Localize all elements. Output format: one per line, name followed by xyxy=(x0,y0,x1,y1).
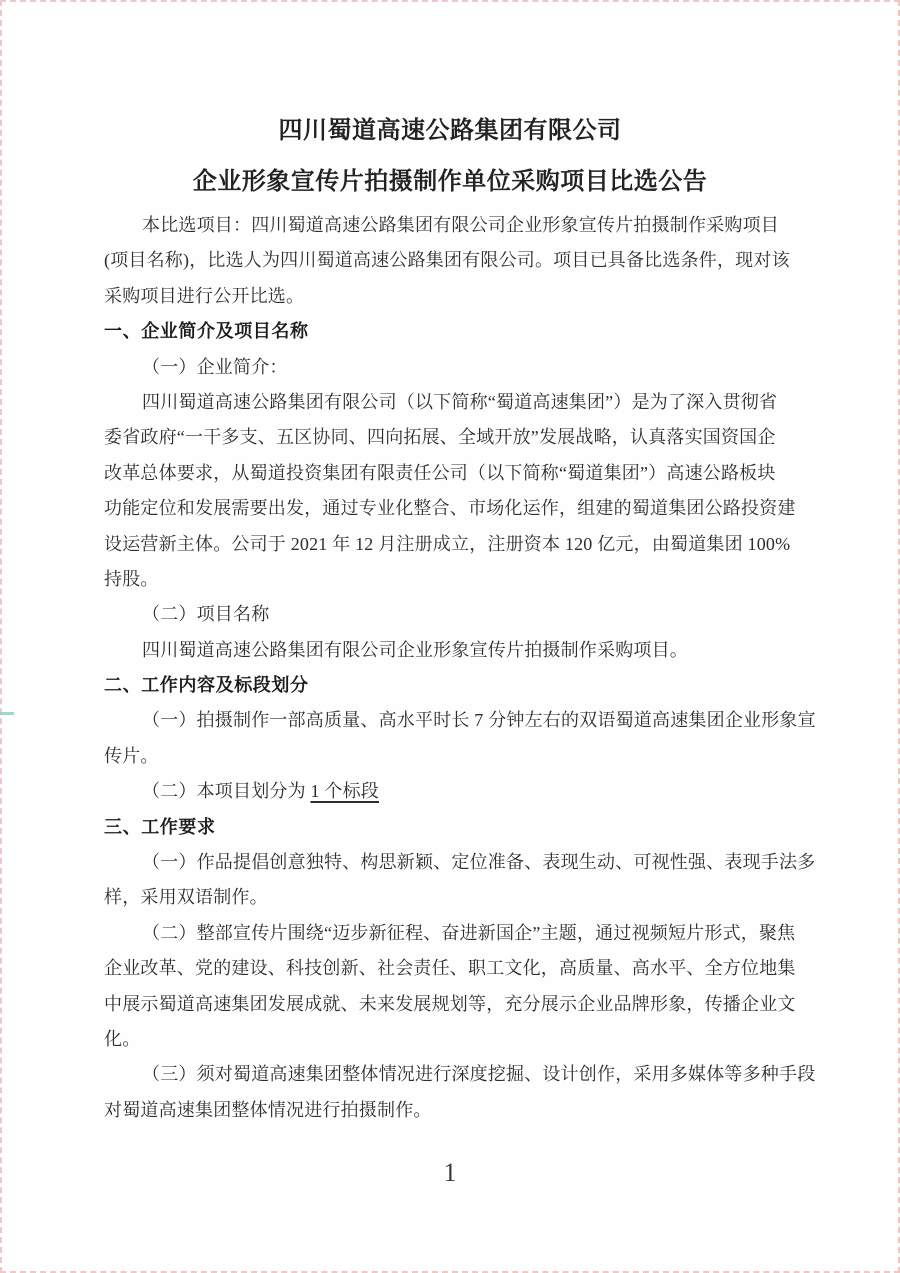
line-text: 四川蜀道高速公路集团有限公司企业形象宣传片拍摄制作采购项目。 xyxy=(142,640,688,660)
document-line: （二）本项目划分为 1 个标段 xyxy=(104,774,800,809)
line-text: （一）拍摄制作一部高质量、高水平时长 7 分钟左右的双语蜀道高速集团企业形象宣 xyxy=(142,710,816,730)
line-text: 对蜀道高速集团整体情况进行拍摄制作。 xyxy=(104,1100,432,1120)
document-line: 本比选项目：四川蜀道高速公路集团有限公司企业形象宣传片拍摄制作采购项目 xyxy=(104,208,800,243)
line-text: 设运营新主体。公司于 2021 年 12 月注册成立，注册资本 120 亿元，由… xyxy=(104,534,790,554)
line-text: （三）须对蜀道高速集团整体情况进行深度挖掘、设计创作，采用多媒体等多种手段 xyxy=(142,1064,815,1084)
document-line: （一）企业简介： xyxy=(104,350,800,385)
line-text: 二、工作内容及标段划分 xyxy=(104,675,309,695)
document-line: （一）作品提倡创意独特、构思新颖、定位准备、表现生动、可视性强、表现手法多 xyxy=(104,845,800,880)
line-text: 样，采用双语制作。 xyxy=(104,887,268,907)
line-text: （一）作品提倡创意独特、构思新颖、定位准备、表现生动、可视性强、表现手法多 xyxy=(142,852,815,872)
line-text: 中展示蜀道高速集团发展成就、未来发展规划等，充分展示企业品牌形象，传播企业文 xyxy=(104,994,796,1014)
line-text: 企业改革、党的建设、科技创新、社会责任、职工文化，高质量、高水平、全方位地集 xyxy=(104,958,796,978)
document-line: 样，采用双语制作。 xyxy=(104,880,800,915)
line-text: 委省政府“一干多支、五区协同、四向拓展、全域开放”发展战略，认真落实国资国企 xyxy=(104,427,776,447)
line-text: （一）企业简介： xyxy=(142,357,288,377)
document-line: 改革总体要求，从蜀道投资集团有限责任公司（以下简称“蜀道集团”）高速公路板块 xyxy=(104,456,800,491)
document-line: （二）整部宣传片围绕“迈步新征程、奋进新国企”主题，通过视频短片形式，聚焦 xyxy=(104,916,800,951)
line-text: （二）整部宣传片围绕“迈步新征程、奋进新国企”主题，通过视频短片形式，聚焦 xyxy=(142,923,795,943)
document-line: 采购项目进行公开比选。 xyxy=(104,279,800,314)
document-heading-line: 三、工作要求 xyxy=(104,810,800,845)
document-title-line1: 四川蜀道高速公路集团有限公司 xyxy=(0,116,900,146)
document-title-line2: 企业形象宣传片拍摄制作单位采购项目比选公告 xyxy=(0,167,900,197)
underlined-text: 1 个标段 xyxy=(311,781,380,801)
document-line: 企业改革、党的建设、科技创新、社会责任、职工文化，高质量、高水平、全方位地集 xyxy=(104,951,800,986)
line-text: 四川蜀道高速公路集团有限公司（以下简称“蜀道高速集团”）是为了深入贯彻省 xyxy=(142,392,777,412)
line-text: （二）本项目划分为 xyxy=(142,781,311,801)
document-line: 委省政府“一干多支、五区协同、四向拓展、全域开放”发展战略，认真落实国资国企 xyxy=(104,420,800,455)
document-line: 传片。 xyxy=(104,739,800,774)
document-line: （三）须对蜀道高速集团整体情况进行深度挖掘、设计创作，采用多媒体等多种手段 xyxy=(104,1057,800,1092)
line-text: 一、企业简介及项目名称 xyxy=(104,321,309,341)
document-line: 设运营新主体。公司于 2021 年 12 月注册成立，注册资本 120 亿元，由… xyxy=(104,527,800,562)
line-text: 持股。 xyxy=(104,569,159,589)
document-line: （二）项目名称 xyxy=(104,597,800,632)
document-line: 四川蜀道高速公路集团有限公司企业形象宣传片拍摄制作采购项目。 xyxy=(104,633,800,668)
line-text: 功能定位和发展需要出发，通过专业化整合、市场化运作，组建的蜀道集团公路投资建 xyxy=(104,498,796,518)
line-text: 采购项目进行公开比选。 xyxy=(104,286,304,306)
document-line: 四川蜀道高速公路集团有限公司（以下简称“蜀道高速集团”）是为了深入贯彻省 xyxy=(104,385,800,420)
line-text: (项目名称)，比选人为四川蜀道高速公路集团有限公司。项目已具备比选条件，现对该 xyxy=(104,250,790,270)
document-line: 化。 xyxy=(104,1022,800,1057)
document-page: 四川蜀道高速公路集团有限公司 企业形象宣传片拍摄制作单位采购项目比选公告 本比选… xyxy=(0,0,900,1273)
document-content: 四川蜀道高速公路集团有限公司 企业形象宣传片拍摄制作单位采购项目比选公告 本比选… xyxy=(0,0,900,1188)
line-text: 传片。 xyxy=(104,746,159,766)
line-text: 本比选项目：四川蜀道高速公路集团有限公司企业形象宣传片拍摄制作采购项目 xyxy=(142,215,779,235)
document-line: (项目名称)，比选人为四川蜀道高速公路集团有限公司。项目已具备比选条件，现对该 xyxy=(104,243,800,278)
line-text: 化。 xyxy=(104,1029,140,1049)
document-line: （一）拍摄制作一部高质量、高水平时长 7 分钟左右的双语蜀道高速集团企业形象宣 xyxy=(104,703,800,738)
line-text: 三、工作要求 xyxy=(104,817,216,837)
document-heading-line: 一、企业简介及项目名称 xyxy=(104,314,800,349)
document-heading-line: 二、工作内容及标段划分 xyxy=(104,668,800,703)
document-line: 对蜀道高速集团整体情况进行拍摄制作。 xyxy=(104,1093,800,1128)
line-text: （二）项目名称 xyxy=(142,604,269,624)
document-line: 中展示蜀道高速集团发展成就、未来发展规划等，充分展示企业品牌形象，传播企业文 xyxy=(104,987,800,1022)
page-number: 1 xyxy=(0,1158,900,1188)
document-lines: 本比选项目：四川蜀道高速公路集团有限公司企业形象宣传片拍摄制作采购项目(项目名称… xyxy=(0,208,900,1128)
document-line: 持股。 xyxy=(104,562,800,597)
line-text: 改革总体要求，从蜀道投资集团有限责任公司（以下简称“蜀道集团”）高速公路板块 xyxy=(104,463,776,483)
document-line: 功能定位和发展需要出发，通过专业化整合、市场化运作，组建的蜀道集团公路投资建 xyxy=(104,491,800,526)
